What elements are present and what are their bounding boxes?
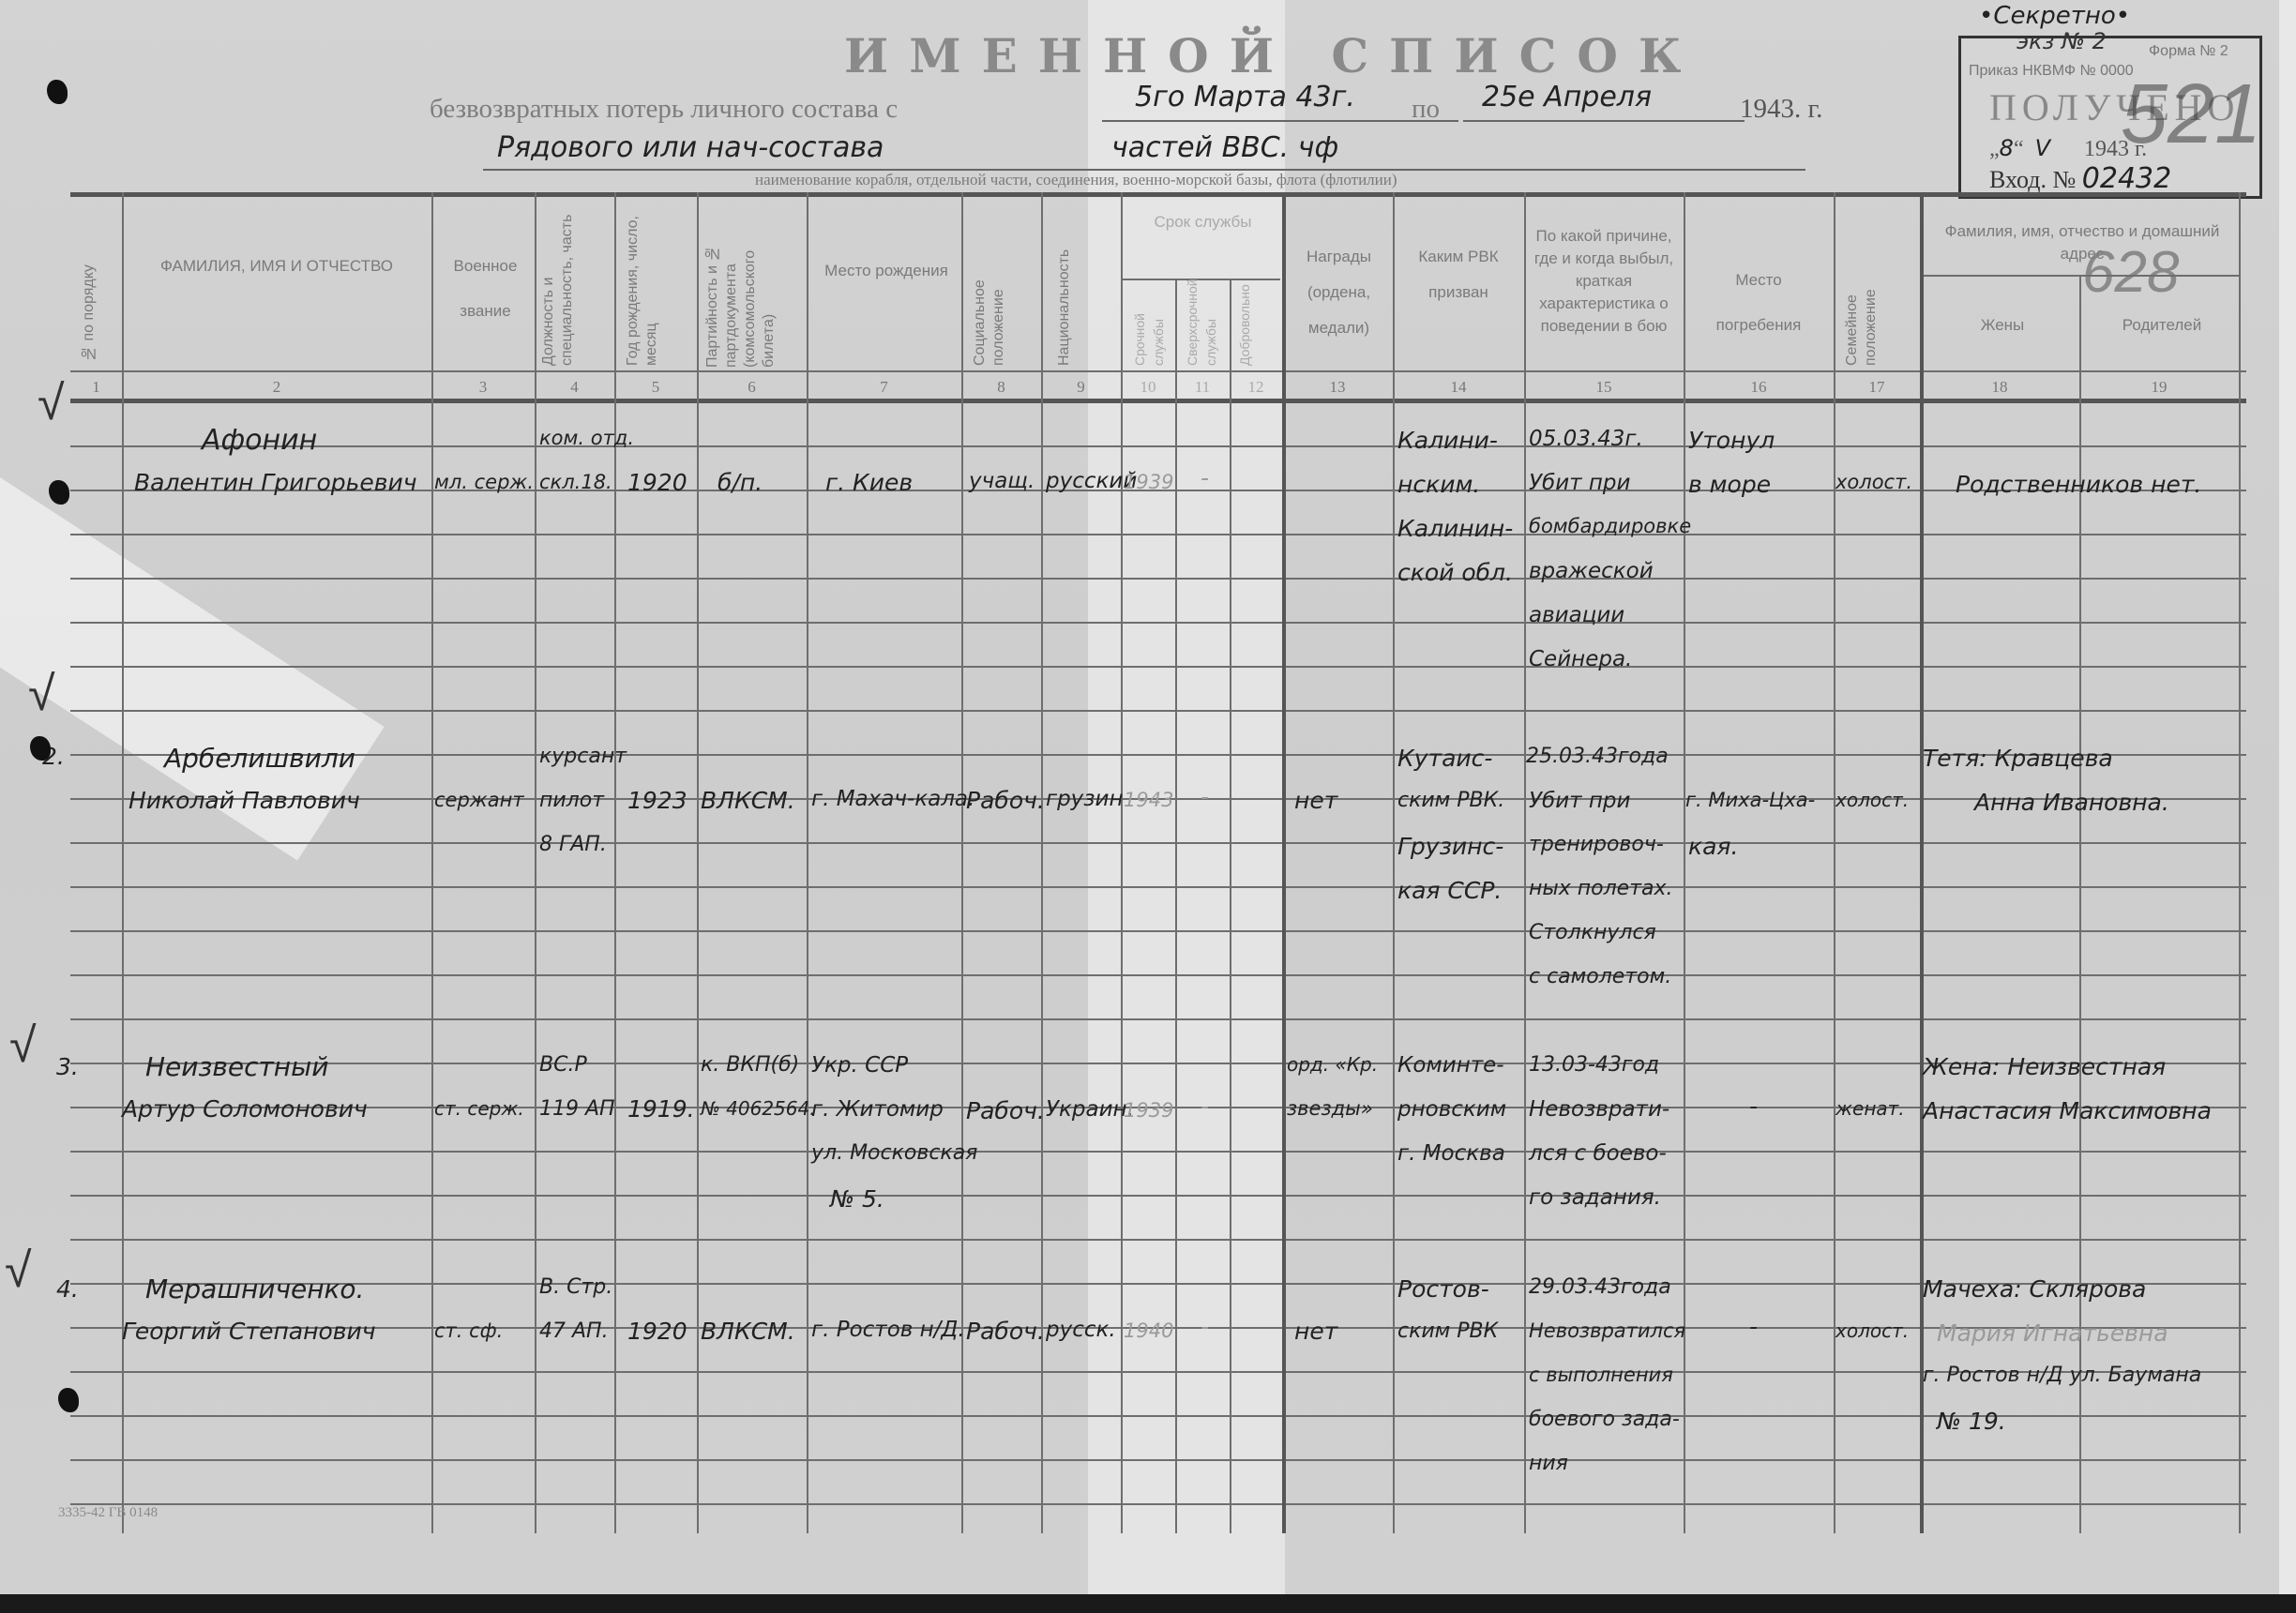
family-status: холост. [1835,1319,1909,1342]
birth-year: 1920 [627,469,687,496]
year: 1943. г. [1740,94,1822,125]
col-divider [2239,192,2241,1533]
service-group-line [1121,279,1280,280]
birthplace-2: г. Житомир [811,1097,944,1122]
burial: - [1749,1313,1758,1340]
social-status: Рабоч. [966,1318,1045,1345]
party-1: к. ВКП(б) [701,1053,799,1077]
rank: сержант [434,789,524,811]
colnum-8: 8 [961,378,1041,397]
reason-2: Невозвратился [1529,1319,1685,1342]
incoming-label: Вход. № [1989,166,2076,193]
birth-year: 1920 [627,1318,687,1345]
reason-4: боевого зада- [1529,1408,1680,1431]
service-years: 1939 [1124,471,1173,493]
surname: Мерашниченко. [145,1274,364,1304]
nationality: грузин [1046,787,1124,811]
header-col-9: Национальность [1055,230,1102,366]
check-mark: √ [9,1018,37,1074]
birthplace-4: № 5. [830,1185,884,1213]
social-status: Рабоч. [966,787,1045,814]
awards-1: орд. «Кр. [1287,1053,1378,1076]
relative-2: Анастасия Максимовна [1923,1097,2212,1124]
header-col-18: Жены [1932,314,2073,337]
reason-3: бомбардировке [1529,515,1691,537]
position: ком. отд. [539,427,634,449]
rvk-4: кая ССР. [1397,877,1502,904]
casualty-table: № по порядку ФАМИЛИЯ, ИМЯ И ОТЧЕСТВО Вое… [70,192,2246,1533]
stamp-month: V [2035,135,2050,161]
relative-2: Анна Ивановна. [1974,789,2169,816]
reason-3: с выполнения [1529,1364,1673,1386]
birthplace: г. Ростов н/Д. [811,1318,965,1342]
reason-5: ния [1529,1452,1568,1475]
copy-number: экз № 2 [2017,28,2107,54]
position: В. Стр. [539,1275,612,1299]
given-names: Валентин Григорьевич [134,469,417,496]
social-status: учащ. [969,469,1035,493]
burial-1: г. Миха-Цха- [1685,789,1815,811]
birthplace-1: Укр. ССР [811,1053,908,1078]
check-mark: √ [28,666,55,722]
colnum-18: 18 [1920,378,2079,397]
rvk-4: ской обл. [1397,559,1513,586]
position-unit: 8 ГАП. [539,833,607,856]
reason-4: го задания. [1529,1185,1661,1210]
reason-3: тренировоч- [1529,833,1664,856]
colnum-2: 2 [122,378,431,397]
service-dash: - [1201,464,1209,491]
relatives: Родственников нет. [1956,471,2201,498]
header-col-8: Социальное положение [971,249,1036,366]
rvk-2: рновским [1397,1097,1506,1122]
service-years: 1940 [1124,1319,1173,1342]
header-col-6: Партийность и № партдокумента (комсомоль… [703,204,797,368]
burial-2: в море [1688,471,1771,498]
position: курсант [539,745,627,768]
rvk-2: нским. [1397,471,1480,498]
rvk-1: Калини- [1397,427,1498,454]
nationality: русск. [1046,1318,1116,1342]
party-2: № 4062564. [701,1097,816,1120]
stamp-incoming: Вход. № 02432 [1989,162,2171,195]
reason-1: 13.03-43год [1529,1053,1659,1077]
relative-1: Тетя: Кравцева [1923,745,2113,772]
header-col-13: Награды (ордена, медали) [1290,239,1388,346]
secret-mark: •Секретно• [1979,2,2130,30]
check-mark: √ [5,1243,32,1299]
party: ВЛКСМ. [701,787,795,814]
incoming-number: 02432 [2082,162,2171,195]
social-status: Рабоч. [966,1097,1045,1124]
subtitle-prefix: безвозвратных потерь личного состава с [430,94,898,124]
address-1: г. Ростов н/Д ул. Баумана [1923,1364,2201,1387]
awards-2: звезды» [1287,1097,1373,1120]
reason-1: 25.03.43года [1526,745,1669,768]
party: ВЛКСМ. [701,1318,795,1345]
colnum-16: 16 [1684,378,1834,397]
position-2: пилот [539,789,604,812]
reason-2: Убит при [1529,789,1630,813]
position-unit: 47 АП. [539,1319,609,1343]
rvk-3: г. Москва [1397,1141,1505,1166]
received-stamp: Форма № 2 Приказ НКВМФ № 0000 ПОЛУЧЕНО „… [1958,36,2262,199]
page-edge [2279,0,2296,1613]
punch-hole [58,1388,79,1412]
header-col-2: ФАМИЛИЯ, ИМЯ И ОТЧЕСТВО [155,244,399,289]
punch-hole [49,480,69,505]
reason-6: с самолетом. [1529,965,1671,988]
given-names: Николай Павлович [128,787,360,814]
colnum-10: 10 [1121,378,1175,397]
rvk-3: Грузинс- [1397,833,1503,860]
colnum-17: 17 [1834,378,1920,397]
date-to-prefix: по [1412,94,1440,125]
reason-3: лся с боево- [1529,1141,1667,1166]
family-status: холост. [1835,789,1909,811]
reason-5: авиации [1529,603,1624,627]
unit-caption: наименование корабля, отдельной части, с… [755,171,1397,189]
header-col-11: Сверхсрочной службы [1183,286,1225,366]
date-to-line [1463,120,1745,122]
colnum-3: 3 [431,378,535,397]
awards: нет [1294,787,1337,814]
rank: ст. серж. [434,1097,524,1120]
col-divider [1230,279,1231,1533]
rank: ст. сф. [434,1319,503,1342]
position-unit: скл.18. [539,471,612,493]
birth-year: 1919. [627,1095,695,1123]
colnum-6: 6 [697,378,807,397]
relative-1: Мачеха: Склярова [1923,1275,2146,1303]
unit-line: Рядового или нач-состава [497,131,884,164]
check-mark: √ [38,375,65,431]
header-col-1: № по порядку [80,239,117,361]
birthplace-3: ул. Московская [811,1141,977,1165]
date-from-line [1102,120,1458,122]
reason-4: ных полетах. [1529,877,1673,900]
header-col-7: Место рождения [821,249,952,294]
row-number: 4. [56,1275,79,1303]
birthplace: г. Киев [825,469,913,496]
page-title: ИМЕННОЙ СПИСОК [844,28,1701,83]
header-col-15: По какой причине, где и когда выбыл, кра… [1533,225,1674,338]
header-col-3: Военное звание [441,244,530,334]
header-col-19: Родителей [2092,314,2232,337]
awards: нет [1294,1318,1337,1345]
colnum-14: 14 [1393,378,1524,397]
address-2: № 19. [1937,1408,2006,1435]
service-dash: - [1201,783,1209,810]
stamp-overwrite-number: 521 [2121,67,2261,163]
form-print-code: 3335-42 ГВ 0148 [58,1505,158,1521]
page-bottom-edge [0,1594,2296,1613]
colnum-15: 15 [1524,378,1684,397]
relative-2: Мария Игнатьевна [1937,1319,2168,1347]
party: б/п. [717,469,763,496]
unit-line-2: частей ВВС. чф [1111,131,1338,164]
service-years: 1939 [1124,1099,1173,1122]
colnum-1: 1 [70,378,122,397]
punch-hole [47,80,68,104]
burial-2: кая. [1688,833,1738,860]
rank: мл. серж. [434,471,534,493]
header-col-17: Семейное положение [1843,277,1909,366]
surname: Неизвестный [145,1051,328,1082]
stamp-day: 8 [2000,135,2014,161]
rvk-3: Калинин- [1397,515,1513,542]
family-status: холост. [1835,471,1912,493]
rvk-2: ским РВК. [1397,789,1504,812]
header-col-14: Каким РВК призван [1412,239,1505,310]
nationality: Украин. [1046,1097,1134,1122]
row-number: 3. [56,1053,79,1080]
service-years: 1943 [1124,789,1173,811]
header-col-10: Срочной службы [1130,286,1172,366]
reason-5: Столкнулся [1529,921,1656,944]
burial: - [1749,1093,1758,1120]
reason-2: Убит при [1529,471,1630,495]
relative-1: Жена: Неизвестная [1923,1053,2166,1080]
reason-6: Сейнера. [1529,647,1632,671]
position: ВС.Р [539,1053,587,1077]
rvk-1: Коминте- [1397,1053,1504,1078]
colnum-4: 4 [535,378,614,397]
position-unit: 119 АП [539,1097,615,1121]
given-names: Георгий Степанович [122,1318,376,1345]
colnum-13: 13 [1282,378,1393,397]
reason-4: вражеской [1529,559,1654,583]
header-col-16: Место погребения [1698,258,1820,348]
reason-2: Невозврати- [1529,1097,1669,1122]
burial-1: Утонул [1688,427,1775,454]
family-status: женат. [1835,1097,1905,1120]
rvk-1: Кутаис- [1397,745,1492,772]
surname: Афонин [202,424,317,457]
colnum-11: 11 [1175,378,1230,397]
colnum-5: 5 [614,378,697,397]
subtitle: безвозвратных потерь личного состава с [430,94,898,125]
surname: Арбелишвили [164,743,355,774]
service-dash: - [1201,1093,1209,1120]
birth-year: 1923 [627,787,687,814]
date-from: 5го Марта 43г. [1135,81,1355,113]
given-names: Артур Соломонович [122,1095,368,1123]
header-group-address: Фамилия, имя, отчество и домашний адрес [1932,220,2232,265]
rvk-2: ским РВК [1397,1319,1498,1343]
service-dash: - [1201,1313,1209,1340]
rvk-1: Ростов- [1397,1275,1489,1303]
header-col-12: Добровольно [1235,286,1277,366]
colnum-9: 9 [1041,378,1121,397]
birthplace: г. Махач-кала. [811,787,974,811]
colnum-12: 12 [1230,378,1282,397]
colnum-19: 19 [2079,378,2239,397]
colnum-7: 7 [807,378,961,397]
date-to: 25е Апреля [1482,81,1652,113]
header-col-4: Должность и специальность, часть [539,211,605,366]
stamp-order: Приказ НКВМФ № 0000 [1969,63,2134,80]
stamp-form-number: Форма № 2 [2149,43,2228,60]
reason-1: 29.03.43года [1529,1275,1671,1299]
reason-1: 05.03.43г. [1529,427,1643,451]
header-col-5: Год рождения, число, месяц [624,211,689,366]
punch-hole [30,736,51,761]
col-divider [1175,279,1177,1533]
header-group-service: Срок службы [1125,211,1280,234]
